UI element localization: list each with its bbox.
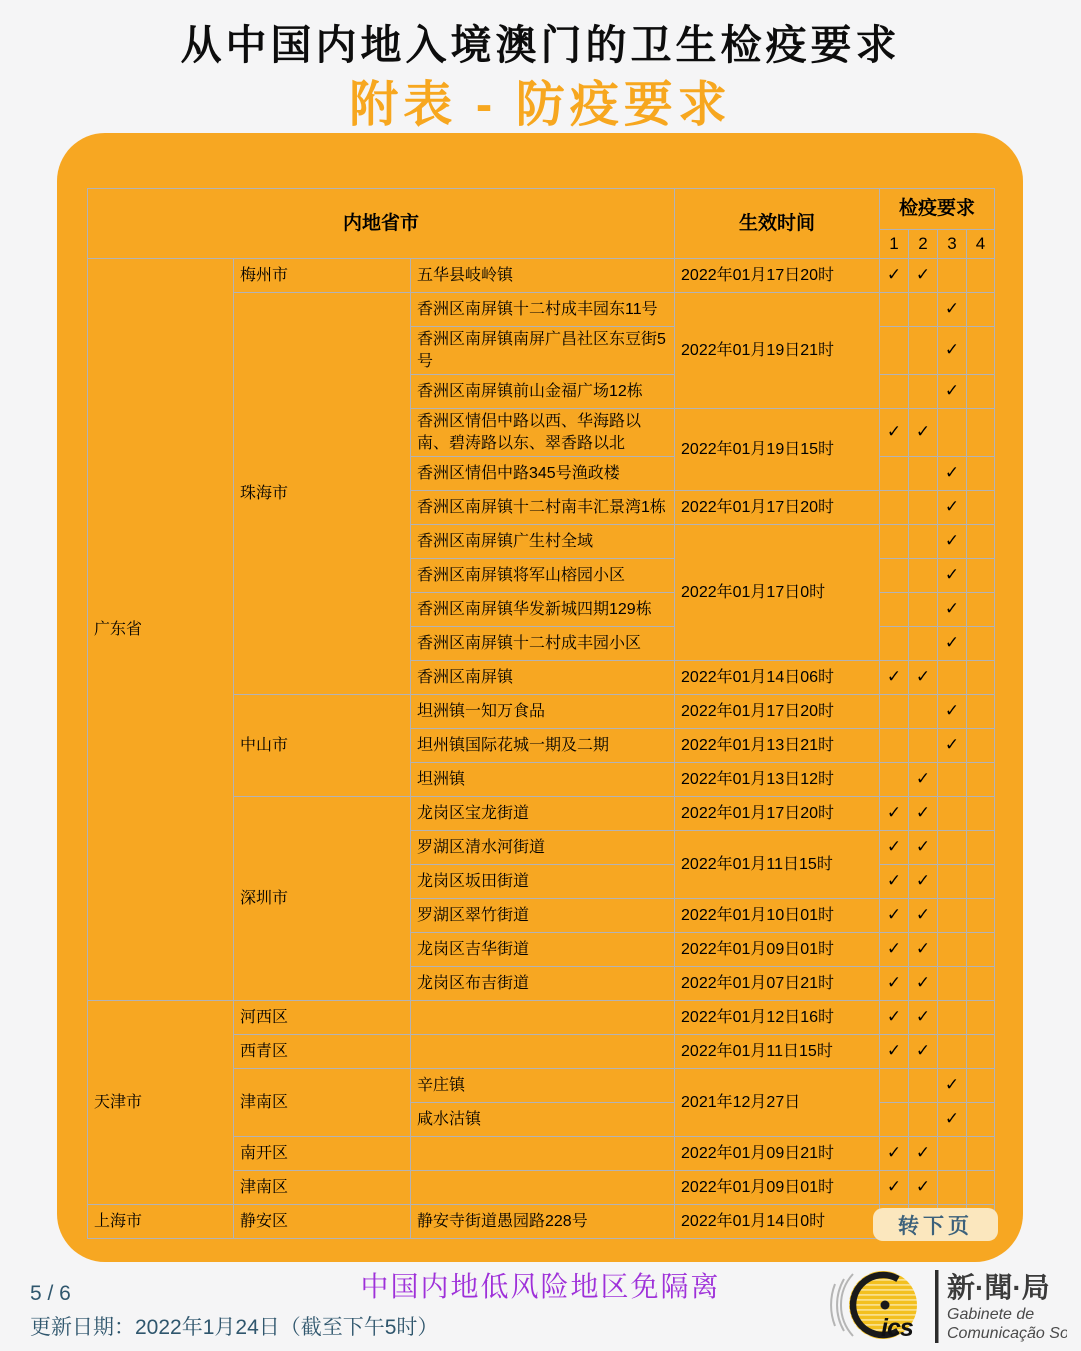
- city-cell: 南开区: [234, 1137, 411, 1171]
- req-4-empty-cell: [967, 899, 995, 933]
- req-3-empty-cell: [938, 763, 967, 797]
- req-3-check-cell: ✓: [938, 1069, 967, 1103]
- province-cell: 上海市: [88, 1205, 234, 1239]
- logo-center-dot: [881, 1301, 890, 1310]
- effective-time-cell: 2022年01月17日0时: [675, 525, 880, 661]
- req-2-check-cell: ✓: [909, 831, 938, 865]
- place-cell: 坦洲镇: [411, 763, 675, 797]
- req-4-empty-cell: [967, 293, 995, 327]
- req-3-empty-cell: [938, 661, 967, 695]
- req-1-check-cell: ✓: [880, 661, 909, 695]
- req-3-empty-cell: [938, 865, 967, 899]
- req-4-empty-cell: [967, 327, 995, 375]
- req-1-empty-cell: [880, 525, 909, 559]
- city-cell: 梅州市: [234, 259, 411, 293]
- req-4-empty-cell: [967, 797, 995, 831]
- req-2-empty-cell: [909, 327, 938, 375]
- req-4-empty-cell: [967, 831, 995, 865]
- effective-time-cell: 2022年01月12日16时: [675, 1001, 880, 1035]
- effective-time-cell: 2022年01月14日0时: [675, 1205, 880, 1239]
- city-cell: 中山市: [234, 695, 411, 797]
- effective-time-cell: 2021年12月27日: [675, 1069, 880, 1137]
- req-1-check-cell: ✓: [880, 1137, 909, 1171]
- req-2-empty-cell: [909, 1069, 938, 1103]
- page-indicator: 5 / 6: [30, 1282, 71, 1306]
- place-cell: 香洲区南屏镇十二村成丰园小区: [411, 627, 675, 661]
- effective-time-cell: 2022年01月11日15时: [675, 831, 880, 899]
- req-3-empty-cell: [938, 967, 967, 1001]
- req-2-check-cell: ✓: [909, 409, 938, 457]
- req-3-empty-cell: [938, 259, 967, 293]
- place-cell: 香洲区南屏镇十二村南丰汇景湾1栋: [411, 491, 675, 525]
- req-3-empty-cell: [938, 933, 967, 967]
- req-2-check-cell: ✓: [909, 1001, 938, 1035]
- effective-time-cell: 2022年01月11日15时: [675, 1035, 880, 1069]
- req-4-empty-cell: [967, 661, 995, 695]
- header-req-4: 4: [967, 230, 995, 259]
- req-4-empty-cell: [967, 457, 995, 491]
- req-1-check-cell: ✓: [880, 967, 909, 1001]
- logo-cn-text: 新·聞·局: [947, 1272, 1050, 1303]
- req-3-check-cell: ✓: [938, 627, 967, 661]
- place-cell: 辛庄镇: [411, 1069, 675, 1103]
- place-cell: [411, 1171, 675, 1205]
- effective-time-cell: 2022年01月09日21时: [675, 1137, 880, 1171]
- place-cell: 香洲区南屏镇前山金福广场12栋: [411, 375, 675, 409]
- req-1-empty-cell: [880, 729, 909, 763]
- effective-time-cell: 2022年01月17日20时: [675, 797, 880, 831]
- req-1-check-cell: ✓: [880, 1035, 909, 1069]
- logo-monogram: ics: [881, 1314, 914, 1342]
- place-cell: 龙岗区布吉街道: [411, 967, 675, 1001]
- req-4-empty-cell: [967, 409, 995, 457]
- header-req-3: 3: [938, 230, 967, 259]
- place-cell: 香洲区南屏镇将军山榕园小区: [411, 559, 675, 593]
- req-1-empty-cell: [880, 327, 909, 375]
- req-4-empty-cell: [967, 375, 995, 409]
- logo-disc: ics: [849, 1271, 917, 1342]
- page-subtitle: 附表 - 防疫要求: [0, 66, 1081, 136]
- place-cell: 罗湖区清水河街道: [411, 831, 675, 865]
- table-row: 广东省梅州市五华县岐岭镇2022年01月17日20时✓✓: [88, 259, 995, 293]
- effective-time-cell: 2022年01月07日21时: [675, 967, 880, 1001]
- effective-time-cell: 2022年01月17日20时: [675, 491, 880, 525]
- table-row: 上海市静安区静安寺街道愚园路228号2022年01月14日0时✓: [88, 1205, 995, 1239]
- city-cell: 深圳市: [234, 797, 411, 1001]
- place-cell: [411, 1001, 675, 1035]
- req-4-empty-cell: [967, 559, 995, 593]
- header-effective-time: 生效时间: [675, 189, 880, 259]
- city-cell: 津南区: [234, 1069, 411, 1137]
- header-quarantine-req: 检疫要求: [880, 189, 995, 230]
- content-card: 内地省市 生效时间 检疫要求 1 2 3 4 广东省梅州市五华县岐岭镇2022年…: [57, 133, 1023, 1262]
- place-cell: 咸水沽镇: [411, 1103, 675, 1137]
- place-cell: 香洲区南屏镇十二村成丰园东11号: [411, 293, 675, 327]
- req-2-check-cell: ✓: [909, 661, 938, 695]
- req-4-empty-cell: [967, 491, 995, 525]
- req-4-empty-cell: [967, 729, 995, 763]
- req-3-empty-cell: [938, 1137, 967, 1171]
- req-4-empty-cell: [967, 967, 995, 1001]
- req-4-empty-cell: [967, 1171, 995, 1205]
- effective-time-cell: 2022年01月19日21时: [675, 293, 880, 409]
- req-2-check-cell: ✓: [909, 1137, 938, 1171]
- update-date: 更新日期：2022年1月24日（截至下午5时）: [30, 1311, 438, 1341]
- req-3-empty-cell: [938, 831, 967, 865]
- req-2-check-cell: ✓: [909, 967, 938, 1001]
- req-2-empty-cell: [909, 593, 938, 627]
- req-2-empty-cell: [909, 491, 938, 525]
- req-3-empty-cell: [938, 1035, 967, 1069]
- req-1-check-cell: ✓: [880, 409, 909, 457]
- req-3-empty-cell: [938, 409, 967, 457]
- req-3-check-cell: ✓: [938, 559, 967, 593]
- quarantine-table: 内地省市 生效时间 检疫要求 1 2 3 4 广东省梅州市五华县岐岭镇2022年…: [87, 188, 995, 1239]
- effective-time-cell: 2022年01月19日15时: [675, 409, 880, 491]
- req-4-empty-cell: [967, 1069, 995, 1103]
- req-3-check-cell: ✓: [938, 491, 967, 525]
- table-row: 天津市河西区2022年01月12日16时✓✓: [88, 1001, 995, 1035]
- table-body: 广东省梅州市五华县岐岭镇2022年01月17日20时✓✓珠海市香洲区南屏镇十二村…: [88, 259, 995, 1239]
- effective-time-cell: 2022年01月14日06时: [675, 661, 880, 695]
- req-3-check-cell: ✓: [938, 375, 967, 409]
- logo-divider: [935, 1270, 939, 1343]
- logo-pt-text-line2: Comunicação Social: [947, 1325, 1067, 1342]
- req-4-empty-cell: [967, 1137, 995, 1171]
- gcs-logo: ics 新·聞·局 Gabinete de Comunicação Social: [797, 1266, 1067, 1346]
- req-1-check-cell: ✓: [880, 797, 909, 831]
- req-2-check-cell: ✓: [909, 933, 938, 967]
- req-3-check-cell: ✓: [938, 457, 967, 491]
- req-4-empty-cell: [967, 525, 995, 559]
- req-2-empty-cell: [909, 457, 938, 491]
- header-region: 内地省市: [88, 189, 675, 259]
- req-1-check-cell: ✓: [880, 933, 909, 967]
- req-2-empty-cell: [909, 525, 938, 559]
- effective-time-cell: 2022年01月09日01时: [675, 933, 880, 967]
- req-2-check-cell: ✓: [909, 1171, 938, 1205]
- city-cell: 津南区: [234, 1171, 411, 1205]
- place-cell: 香洲区情侣中路345号渔政楼: [411, 457, 675, 491]
- req-2-check-cell: ✓: [909, 259, 938, 293]
- req-1-empty-cell: [880, 293, 909, 327]
- city-cell: 静安区: [234, 1205, 411, 1239]
- req-1-empty-cell: [880, 457, 909, 491]
- req-1-check-cell: ✓: [880, 865, 909, 899]
- req-2-check-cell: ✓: [909, 797, 938, 831]
- effective-time-cell: 2022年01月10日01时: [675, 899, 880, 933]
- page-title: 从中国内地入境澳门的卫生检疫要求: [0, 12, 1081, 71]
- req-2-check-cell: ✓: [909, 865, 938, 899]
- req-4-empty-cell: [967, 1035, 995, 1069]
- req-1-empty-cell: [880, 593, 909, 627]
- req-3-check-cell: ✓: [938, 729, 967, 763]
- req-4-empty-cell: [967, 1001, 995, 1035]
- req-1-empty-cell: [880, 627, 909, 661]
- req-3-check-cell: ✓: [938, 525, 967, 559]
- req-1-empty-cell: [880, 695, 909, 729]
- req-1-empty-cell: [880, 763, 909, 797]
- effective-time-cell: 2022年01月13日21时: [675, 729, 880, 763]
- next-page-button[interactable]: 转下页: [873, 1208, 998, 1241]
- req-2-empty-cell: [909, 559, 938, 593]
- req-1-check-cell: ✓: [880, 1001, 909, 1035]
- low-risk-note: 中国内地低风险地区免隔离: [360, 1265, 720, 1305]
- place-cell: 龙岗区宝龙街道: [411, 797, 675, 831]
- req-2-check-cell: ✓: [909, 1035, 938, 1069]
- req-2-empty-cell: [909, 627, 938, 661]
- footer: 5 / 6 更新日期：2022年1月24日（截至下午5时） 中国内地低风险地区免…: [0, 1262, 1081, 1351]
- req-4-empty-cell: [967, 865, 995, 899]
- req-2-empty-cell: [909, 1103, 938, 1137]
- req-1-check-cell: ✓: [880, 1171, 909, 1205]
- place-cell: 坦州镇国际花城一期及二期: [411, 729, 675, 763]
- req-1-empty-cell: [880, 1069, 909, 1103]
- city-cell: 珠海市: [234, 293, 411, 695]
- table-header: 内地省市 生效时间 检疫要求 1 2 3 4: [88, 189, 995, 259]
- place-cell: 香洲区南屏镇华发新城四期129栋: [411, 593, 675, 627]
- req-4-empty-cell: [967, 695, 995, 729]
- req-3-empty-cell: [938, 899, 967, 933]
- place-cell: 龙岗区吉华街道: [411, 933, 675, 967]
- req-4-empty-cell: [967, 763, 995, 797]
- req-1-check-cell: ✓: [880, 259, 909, 293]
- effective-time-cell: 2022年01月17日20时: [675, 695, 880, 729]
- req-2-check-cell: ✓: [909, 763, 938, 797]
- place-cell: 香洲区南屏镇广生村全域: [411, 525, 675, 559]
- place-cell: 静安寺街道愚园路228号: [411, 1205, 675, 1239]
- req-4-empty-cell: [967, 933, 995, 967]
- req-2-check-cell: ✓: [909, 899, 938, 933]
- req-3-check-cell: ✓: [938, 327, 967, 375]
- req-3-empty-cell: [938, 797, 967, 831]
- place-cell: 五华县岐岭镇: [411, 259, 675, 293]
- place-cell: [411, 1137, 675, 1171]
- header-req-2: 2: [909, 230, 938, 259]
- place-cell: 罗湖区翠竹街道: [411, 899, 675, 933]
- req-1-empty-cell: [880, 491, 909, 525]
- place-cell: 香洲区南屏镇南屏广昌社区东豆街5号: [411, 327, 675, 375]
- province-cell: 广东省: [88, 259, 234, 1001]
- req-4-empty-cell: [967, 627, 995, 661]
- req-1-check-cell: ✓: [880, 899, 909, 933]
- req-3-check-cell: ✓: [938, 1103, 967, 1137]
- req-2-empty-cell: [909, 695, 938, 729]
- req-4-empty-cell: [967, 259, 995, 293]
- req-2-empty-cell: [909, 729, 938, 763]
- req-4-empty-cell: [967, 1103, 995, 1137]
- req-3-check-cell: ✓: [938, 593, 967, 627]
- req-1-check-cell: ✓: [880, 831, 909, 865]
- req-4-empty-cell: [967, 593, 995, 627]
- province-cell: 天津市: [88, 1001, 234, 1205]
- req-3-check-cell: ✓: [938, 695, 967, 729]
- header-req-1: 1: [880, 230, 909, 259]
- req-2-empty-cell: [909, 293, 938, 327]
- req-3-empty-cell: [938, 1171, 967, 1205]
- place-cell: 龙岗区坂田街道: [411, 865, 675, 899]
- place-cell: 坦洲镇一知万食品: [411, 695, 675, 729]
- place-cell: 香洲区情侣中路以西、华海路以南、碧涛路以东、翠香路以北: [411, 409, 675, 457]
- req-3-check-cell: ✓: [938, 293, 967, 327]
- req-2-empty-cell: [909, 375, 938, 409]
- req-1-empty-cell: [880, 559, 909, 593]
- city-cell: 河西区: [234, 1001, 411, 1035]
- req-3-empty-cell: [938, 1001, 967, 1035]
- effective-time-cell: 2022年01月13日12时: [675, 763, 880, 797]
- city-cell: 西青区: [234, 1035, 411, 1069]
- req-1-empty-cell: [880, 1103, 909, 1137]
- effective-time-cell: 2022年01月17日20时: [675, 259, 880, 293]
- logo-pt-text-line1: Gabinete de: [947, 1306, 1034, 1323]
- effective-time-cell: 2022年01月09日01时: [675, 1171, 880, 1205]
- req-1-empty-cell: [880, 375, 909, 409]
- header-row-main: 内地省市 生效时间 检疫要求: [88, 189, 995, 230]
- place-cell: [411, 1035, 675, 1069]
- place-cell: 香洲区南屏镇: [411, 661, 675, 695]
